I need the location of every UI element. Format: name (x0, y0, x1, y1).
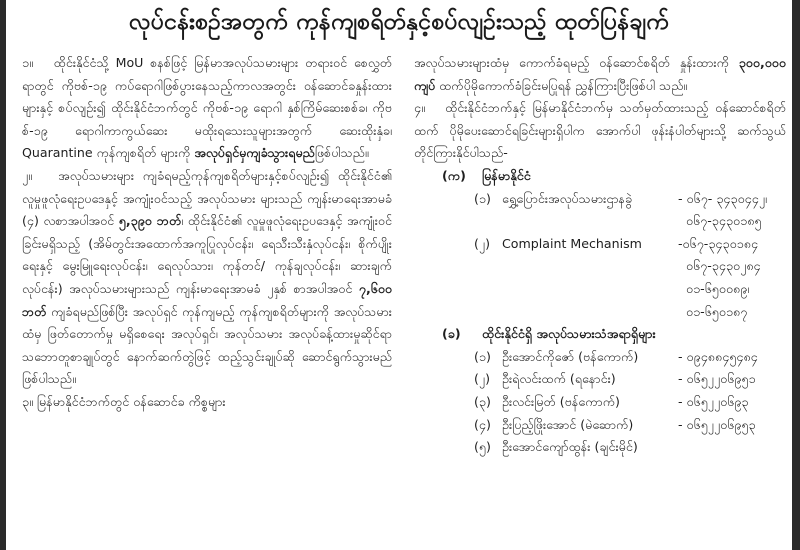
paragraph-text: ကျခံရမည်ဖြစ်ပြီး အလုပ်ရှင် ကုန်ကျမည့် ကု… (22, 304, 392, 387)
contact-name: ဦးရဲလင်းထက် (ရနောင်း) (502, 368, 678, 391)
paragraph-2-continued: အလုပ်သမားများထံမှ ကောက်ခံရမည့် ဝန်ဆောင်စ… (414, 52, 786, 97)
paragraph-3-partial: ၃။ မြန်မာနိုင်ငံဘက်တွင် ဝန်ဆောင်ခ ကိစ္စမ… (22, 391, 392, 414)
contact-phone: - ၀၆၅၂၂၀၆၉၅၃ (678, 414, 756, 437)
left-column: ၁။ ထိုင်းနိုင်ငံသို့ MoU စနစ်ဖြင့် မြန်မ… (22, 52, 392, 414)
paragraph-2: ၂။ အလုပ်သမားများ ကျခံရမည့်ကုန်ကျစရိတ်မျာ… (22, 165, 392, 391)
item-number: (၄) (474, 414, 502, 437)
paragraph-text: ထက်ပိုမိုကောက်ခံခြင်းမပြုရန် ညွှန်ကြားပြ… (439, 78, 687, 93)
contact-name: ဦးအောင်ကျော်ထွန်း (ချင်းမိုင်) (502, 436, 678, 459)
item-number: (၁) (474, 346, 502, 369)
section-label: (ခ) (442, 323, 482, 346)
contact-item: (၅) ဦးအောင်ကျော်ထွန်း (ချင်းမိုင်) (414, 436, 786, 459)
contact-item: (၂) Complaint Mechanism -၀၆၇-၃၄၃၀၁၈၄ (414, 233, 786, 256)
paragraph-number: ၁။ (22, 55, 33, 70)
paragraph-number: ၂။ (22, 168, 32, 183)
paragraph-text: ဖြစ်ပါသည်။ (315, 145, 369, 160)
bold-phrase: အလုပ်ရှင်မှကျခံသွားရမည် (194, 145, 315, 160)
contact-item: (၁) ရွှေ့ပြောင်းအလုပ်သမားဌာနခွဲ - ၀၆၇- ၃… (414, 188, 786, 211)
notice-title: လုပ်ငန်းစဉ်အတွက် ကုန်ကျစရိတ်နှင့်စပ်လျဉ်… (6, 2, 792, 42)
section-title: မြန်မာနိုင်ငံ (482, 165, 531, 188)
contact-phone: ၀၁-၆၅၀၁၈၇ (686, 301, 747, 324)
item-number: (၂) (474, 233, 502, 256)
contact-item: (၄) ဦးပြည့်ဖြိုးအောင် (မဲဆောက်) - ၀၆၅၂၂၀… (414, 414, 786, 437)
contact-phone-continued: ၀၆၇-၃၄၃၀၂၈၄ (414, 255, 786, 278)
contact-name: Complaint Mechanism (502, 233, 678, 256)
contact-phone: - ၀၉၄၈၈၄၅၄၈၄ (678, 346, 758, 369)
contact-phone: - ၀၆၅၂၂၀၆၉၅၁ (678, 368, 756, 391)
section-title: ထိုင်းနိုင်ငံရှိ အလုပ်သမားသံအရာရှိများ (482, 323, 656, 346)
contact-phone: ၀၆၇-၃၄၃၀၁၈၅ (686, 210, 762, 233)
contact-phone-continued: ၀၁-၆၅၀၁၈၇ (414, 301, 786, 324)
amount-bold: ၅,၃၉၀ ဘတ် (119, 213, 182, 228)
contact-phone: ၀၁-၆၅၀၀၈၉၊ (686, 278, 749, 301)
paragraph-text: အလုပ်သမားများထံမှ ကောက်ခံရမည့် ဝန်ဆောင်စ… (414, 55, 729, 70)
paragraph-number: ၄။ (414, 100, 425, 115)
contact-item: (၃) ဦးလင်းမြတ် (ဗန်ကောက်) - ၀၆၅၂၂၀၆၉၃ (414, 391, 786, 414)
contact-phone: ၀၆၇-၃၄၃၀၂၈၄ (686, 255, 761, 278)
item-number: (၅) (474, 436, 502, 459)
contact-item: (၁) ဦးအောင်ကိုဇော် (ဗန်ကောက်) - ၀၉၄၈၈၄၅၄… (414, 346, 786, 369)
contact-name: ဦးပြည့်ဖြိုးအောင် (မဲဆောက်) (502, 414, 678, 437)
contact-name: ဦးအောင်ကိုဇော် (ဗန်ကောက်) (502, 346, 678, 369)
contact-name: ဦးလင်းမြတ် (ဗန်ကောက်) (502, 391, 678, 414)
contact-item: (၂) ဦးရဲလင်းထက် (ရနောင်း) - ၀၆၅၂၂၀၆၉၅၁ (414, 368, 786, 391)
contact-phone-continued: ၀၁-၆၅၀၀၈၉၊ (414, 278, 786, 301)
page-border-right (792, 0, 800, 550)
contact-phone: - ၀၆၇- ၃၄၃၀၄၄၂၊ (678, 188, 767, 211)
section-label: (က) (442, 165, 482, 188)
paragraph-4: ၄။ ထိုင်းနိုင်ငံဘက်နှင့် မြန်မာနိုင်ငံဘက… (414, 97, 786, 165)
item-number: (၁) (474, 188, 502, 211)
section-myanmar-heading: (က) မြန်မာနိုင်ငံ (414, 165, 786, 188)
contact-phone: - ၀၆၅၂၂၀၆၉၃ (678, 391, 749, 414)
contact-phone: -၀၆၇-၃၄၃၀၁၈၄ (678, 233, 758, 256)
contact-phone-continued: ၀၆၇-၃၄၃၀၁၈၅ (414, 210, 786, 233)
paragraph-text: ထိုင်းနိုင်ငံဘက်နှင့် မြန်မာနိုင်ငံဘက်မှ… (414, 100, 786, 160)
page-border-left (0, 0, 6, 550)
right-column: အလုပ်သမားများထံမှ ကောက်ခံရမည့် ဝန်ဆောင်စ… (414, 52, 786, 459)
section-thailand-heading: (ခ) ထိုင်းနိုင်ငံရှိ အလုပ်သမားသံအရာရှိမျ… (414, 323, 786, 346)
contact-name: ရွှေ့ပြောင်းအလုပ်သမားဌာနခွဲ (502, 188, 678, 211)
item-number: (၃) (474, 391, 502, 414)
paragraph-1: ၁။ ထိုင်းနိုင်ငံသို့ MoU စနစ်ဖြင့် မြန်မ… (22, 52, 392, 165)
item-number: (၂) (474, 368, 502, 391)
